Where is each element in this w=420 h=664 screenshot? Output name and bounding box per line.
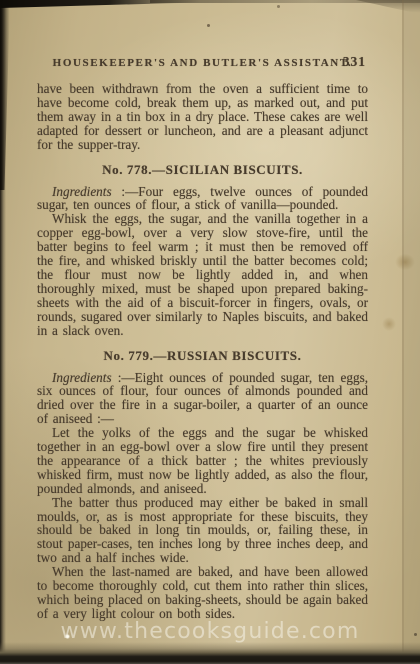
recipe-heading-778: No. 778.—SICILIAN BISCUITS. <box>37 163 368 177</box>
page-number: 331 <box>343 55 366 68</box>
page-edge-bottom <box>0 642 420 664</box>
page-edge-left-top <box>0 0 10 190</box>
body-paragraph: Whisk the eggs, the sugar, and the vanil… <box>37 212 368 337</box>
paper-speck <box>207 24 210 27</box>
ingredients-label: Ingredients <box>52 184 112 199</box>
ingredients-label: Ingredients <box>52 370 112 385</box>
book-page-scan: HOUSEKEEPER'S AND BUTLER'S ASSISTANT. 33… <box>0 0 420 664</box>
text-column: HOUSEKEEPER'S AND BUTLER'S ASSISTANT. 33… <box>37 57 368 621</box>
ingredients-paragraph-779: Ingredients :—Eight ounces of pounded su… <box>37 371 368 427</box>
ingredients-paragraph-778: Ingredients :—Four eggs, twelve ounces o… <box>37 185 368 213</box>
recipe-heading-779: No. 779.—RUSSIAN BISCUITS. <box>37 349 368 363</box>
page-edge-right-line <box>402 0 404 664</box>
continuation-paragraph: have been withdrawn from the oven a suff… <box>37 82 368 152</box>
body-paragraph: The batter thus produced may either be b… <box>37 496 368 566</box>
body-paragraph: When the last-named are baked, and have … <box>37 565 368 621</box>
paper-speck <box>277 5 280 8</box>
watermark-text: www.thecooksguide.com <box>0 619 420 644</box>
running-header: HOUSEKEEPER'S AND BUTLER'S ASSISTANT. 33… <box>37 57 368 70</box>
running-header-title: HOUSEKEEPER'S AND BUTLER'S ASSISTANT. <box>53 57 353 69</box>
page-edge-right-shade <box>404 0 420 664</box>
body-paragraph: Let the yolks of the eggs and the sugar … <box>37 426 368 496</box>
